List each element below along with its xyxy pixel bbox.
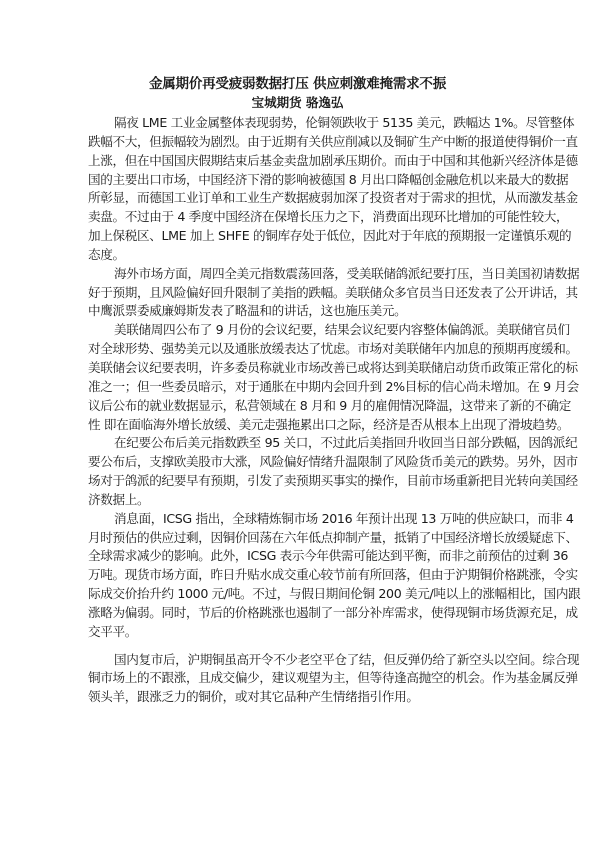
text-line: 隔夜 LME 工业金属整体表现弱势，伦铜领跌收于 5135 美元，跌幅达 1%。…	[88, 114, 512, 133]
article-author: 宝城期货 骆逸弘	[0, 94, 595, 112]
text-line: 所彰显，而德国工业订单和工业生产数据疲弱加深了投资者对于需求的担忧，从而激发基金	[88, 189, 512, 208]
text-line: 好于预期，且风险偏好回升限制了美指的跌幅。美联储众多官员当日还发表了公开讲话，其	[88, 284, 512, 303]
text-line: 加上保税区、LME 加上 SHFE 的铜库存处于低位，因此对于年底的预期报一定谨…	[88, 227, 512, 246]
text-line: 万吨。现货市场方面，昨日升贴水成交重心较节前有所回落，但由于沪期铜价格跳涨，令实	[88, 566, 512, 585]
text-line: 国内复市后，沪期铜虽高开令不少老空平仓了结，但反弹仍给了新空头以空间。综合现	[88, 651, 512, 670]
article-title: 金属期价再受疲弱数据打压 供应刺激难掩需求不振	[0, 75, 595, 93]
text-line: 美联储周四公布了 9 月份的会议纪要，结果会议纪要内容整体偏鸽派。美联储官员们	[88, 321, 512, 340]
text-line: 涨略为偏弱。同时，节后的价格跳涨也遏制了一部分补库需求，使得现铜市场货源充足，成	[88, 604, 512, 623]
text-line: 要公布后，支撑欧美股市大涨，风险偏好情绪升温限制了风险货币美元的跌势。另外，因市	[88, 453, 512, 472]
text-line: 国的主要出口市场，中国经济下滑的影响被德国 8 月出口降幅创金融危机以来最大的数…	[88, 171, 512, 190]
paragraph: 隔夜 LME 工业金属整体表现弱势，伦铜领跌收于 5135 美元，跌幅达 1%。…	[88, 114, 512, 265]
text-line: 议后公布的就业数据显示，私营领域在 8 月和 9 月的雇佣情况降温，这带来了新的…	[88, 397, 512, 416]
text-line: 对全球形势、强势美元以及通胀放缓表达了忧虑。市场对美联储年内加息的预期再度缓和。	[88, 340, 512, 359]
text-line: 态度。	[88, 246, 512, 265]
text-line: 消息面，ICSG 指出，全球精炼铜市场 2016 年预计出现 13 万吨的供应缺…	[88, 510, 512, 529]
text-line: 场对于鸽派的纪要早有预期，引发了卖预期买事实的操作，目前市场重新把目光转向美国经	[88, 472, 512, 491]
text-line: 领头羊，跟涨乏力的铜价，或对其它品种产生情绪指引作用。	[88, 688, 512, 707]
text-line: 准之一；但一些委员暗示，对于通胀在中期内会回升到 2%目标的信心尚未增加。在 9…	[88, 378, 512, 397]
text-line: 跌幅不大，但振幅较为剧烈。由于近期有关供应削减以及铜矿生产中断的报道使得铜价一直	[88, 133, 512, 152]
paragraph: 在纪要公布后美元指数跌至 95 关口，不过此后美指回升收回当日部分跌幅，因鸽派纪…	[88, 434, 512, 509]
article-body: 隔夜 LME 工业金属整体表现弱势，伦铜领跌收于 5135 美元，跌幅达 1%。…	[88, 114, 512, 707]
text-line: 上涨，但在中国国庆假期结束后基金卖盘加剧承压期价。而由于中国和其他新兴经济体是德	[88, 152, 512, 171]
paragraph: 消息面，ICSG 指出，全球精炼铜市场 2016 年预计出现 13 万吨的供应缺…	[88, 510, 512, 642]
text-line: 中鹰派票委威廉姆斯发表了略温和的讲话，这也施压美元。	[88, 302, 512, 321]
paragraph: 美联储周四公布了 9 月份的会议纪要，结果会议纪要内容整体偏鸽派。美联储官员们 …	[88, 321, 512, 434]
document-page: 金属期价再受疲弱数据打压 供应刺激难掩需求不振 宝城期货 骆逸弘 隔夜 LME …	[0, 0, 595, 842]
paragraph: 海外市场方面，周四全美元指数震荡回落，受美联储鸽派纪要打压，当日美国初请数据 好…	[88, 265, 512, 322]
text-line: 交平平。	[88, 623, 512, 642]
text-line: 性 即在面临海外增长放缓、美元走强拖累出口之际，经济是否从根本上出现了滑坡趋势。	[88, 416, 512, 435]
text-line: 全球需求减少的影响。此外，ICSG 表示今年供需可能达到平衡，而非之前预估的过剩…	[88, 547, 512, 566]
text-line: 际成交价抬升约 1000 元/吨。不过，与假日期间伦铜 200 美元/吨以上的涨…	[88, 585, 512, 604]
paragraph: 国内复市后，沪期铜虽高开令不少老空平仓了结，但反弹仍给了新空头以空间。综合现 铜…	[88, 651, 512, 708]
text-line: 月时预估的供应过剩，因铜价回荡在六年低点抑制产量，抵销了中国经济增长放缓疑虑下、	[88, 529, 512, 548]
text-line: 美联储会议纪要表明，许多委员称就业市场改善已或将达到美联储启动货币政策正常化的标	[88, 359, 512, 378]
paragraph-spacer	[88, 642, 512, 651]
text-line: 在纪要公布后美元指数跌至 95 关口，不过此后美指回升收回当日部分跌幅，因鸽派纪	[88, 434, 512, 453]
text-line: 海外市场方面，周四全美元指数震荡回落，受美联储鸽派纪要打压，当日美国初请数据	[88, 265, 512, 284]
text-line: 卖盘。不过由于 4 季度中国经济在保增长压力之下，消费面出现环比增加的可能性较大…	[88, 208, 512, 227]
text-line: 铜市场上的不跟涨，且成交偏少，建议观望为主，但等待逢高抛空的机会。作为基金属反弹	[88, 669, 512, 688]
text-line: 济数据上。	[88, 491, 512, 510]
